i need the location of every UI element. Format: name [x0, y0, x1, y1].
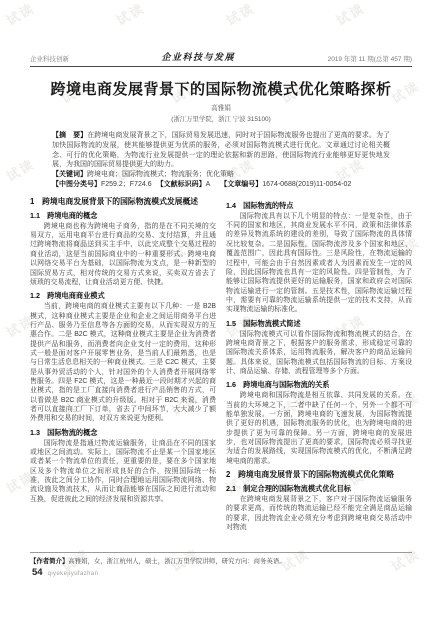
paper-title: 跨境电商发展背景下的国际物流模式优化策略探析: [30, 78, 412, 99]
issue-info: 2019 年第 11 期(总第 457 期): [328, 54, 412, 63]
journal-slug: qiyekejiyufazhan: [48, 571, 99, 577]
keywords-text: 跨境电商；国际物流模式；物流服务；优化策略: [87, 171, 234, 178]
author-name: 高雅娟: [30, 102, 412, 112]
keywords-label: 【关键词】: [52, 171, 87, 178]
header-column-title: 企业科技创新: [30, 54, 69, 63]
doc-code-value: A: [206, 181, 211, 188]
header-divider: [30, 66, 412, 67]
clc-label: 【中图分类号】: [52, 181, 101, 188]
doc-code-label: 【文献标识码】: [157, 181, 206, 188]
abstract-paragraph: 【摘 要】在跨境电商发展背景之下，国际贸易发展迅速，同时对于国际物流服务也提出了…: [52, 131, 390, 170]
page-header: 企业科技创新 企业科技与发展 2019 年第 11 期(总第 457 期): [30, 50, 412, 63]
abstract-text: 在跨境电商发展背景之下，国际贸易发展迅速，同时对于国际物流服务也提出了更高的要求…: [52, 132, 390, 168]
section-1-2-heading: 1.2 跨境电商商业模式: [30, 291, 216, 301]
paper-page: 企业科技创新 企业科技与发展 2019 年第 11 期(总第 457 期) 跨境…: [0, 0, 440, 555]
section-2-heading: 2 跨境电商发展背景下的国际物流模式优化策略: [226, 470, 412, 480]
section-2-1-paragraph: 在跨境电商发展背景之下，客户对于国际物流运输服务的要求更高，而传统的物流运输已经…: [226, 495, 412, 532]
section-2-1-heading: 2.1 制定合理的国际物流模式优化目标: [226, 484, 412, 494]
right-column: 1.4 国际物流的特点 国际物流具有以下几个明显的特点：一是复杂性，由于不同的国…: [226, 197, 412, 555]
keywords-line: 【关键词】跨境电商；国际物流模式；物流服务；优化策略: [52, 170, 390, 180]
section-1-5-paragraph: 国际物流模式可以看作国际物流和物流模式的结合，在跨境电商背景之下，根据客户的服务…: [226, 330, 412, 377]
section-1-4-heading: 1.4 国际物流的特点: [226, 201, 412, 211]
section-1-heading: 1 跨境电商发展背景下的国际物流模式发展概述: [30, 197, 216, 207]
section-1-1-heading: 1.1 跨境电商的概念: [30, 211, 216, 221]
two-column-body: 1 跨境电商发展背景下的国际物流模式发展概述 1.1 跨境电商的概念 跨境电商也…: [30, 197, 412, 555]
scanned-paper-page: { "watermark": { "text": "试读" }, "header…: [0, 0, 440, 620]
page-number-row: 54 qiyekejiyufazhan: [32, 567, 98, 578]
section-1-4-paragraph: 国际物流具有以下几个明显的特点：一是复杂性，由于不同的国家和地区，其商业发展水平…: [226, 212, 412, 315]
section-1-3-heading: 1.3 国际物流的概念: [30, 428, 216, 438]
author-bio-text: 高雅娟，女，浙江杭州人，硕士，浙江万里学院讲师，研究方向：商务英语。: [68, 558, 285, 565]
section-1-6-paragraph: 跨境电商和国际物流是相互依靠、共同发展的关系。在当前的大环境之下，二者中缺了任何…: [226, 391, 412, 466]
journal-name: 企业科技与发展: [162, 50, 236, 63]
section-1-6-heading: 1.6 跨境电商与国际物流的关系: [226, 380, 412, 390]
article-id-value: 1674-0688(2019)11-0054-02: [262, 181, 351, 188]
page-number: 54: [32, 567, 43, 578]
section-1-5-heading: 1.5 国际物流模式简述: [226, 319, 412, 329]
author-bio: 【作者简介】高雅娟，女，浙江杭州人，硕士，浙江万里学院讲师，研究方向：商务英语。: [30, 556, 412, 565]
author-affiliation: (浙江万里学院，浙江 宁波 315100): [30, 114, 412, 123]
footer-divider: [30, 552, 412, 553]
section-1-3-paragraph: 国际物流是指通过物流运输服务，让商品在不同的国家或地区之间流动。实际上，国际物流…: [30, 439, 216, 504]
classification-line: 【中图分类号】F259.2；F724.6【文献标识码】A【文章编号】1674-0…: [52, 180, 390, 190]
section-1-1-paragraph: 跨境电商也称为跨境电子商务，指的是在不同关境的交易双方，运用电商平台进行商品的交…: [30, 222, 216, 287]
abstract-label: 【摘 要】: [52, 132, 87, 139]
section-1-2-paragraph: 当前，跨境电商的商业模式主要有以下几种：一是 B2B 模式，这种商业模式主要是企…: [30, 302, 216, 423]
article-id-label: 【文章编号】: [220, 181, 262, 188]
left-column: 1 跨境电商发展背景下的国际物流模式发展概述 1.1 跨境电商的概念 跨境电商也…: [30, 197, 216, 555]
author-bio-label: 【作者简介】: [30, 558, 68, 565]
clc-value: F259.2；F724.6: [101, 181, 152, 188]
